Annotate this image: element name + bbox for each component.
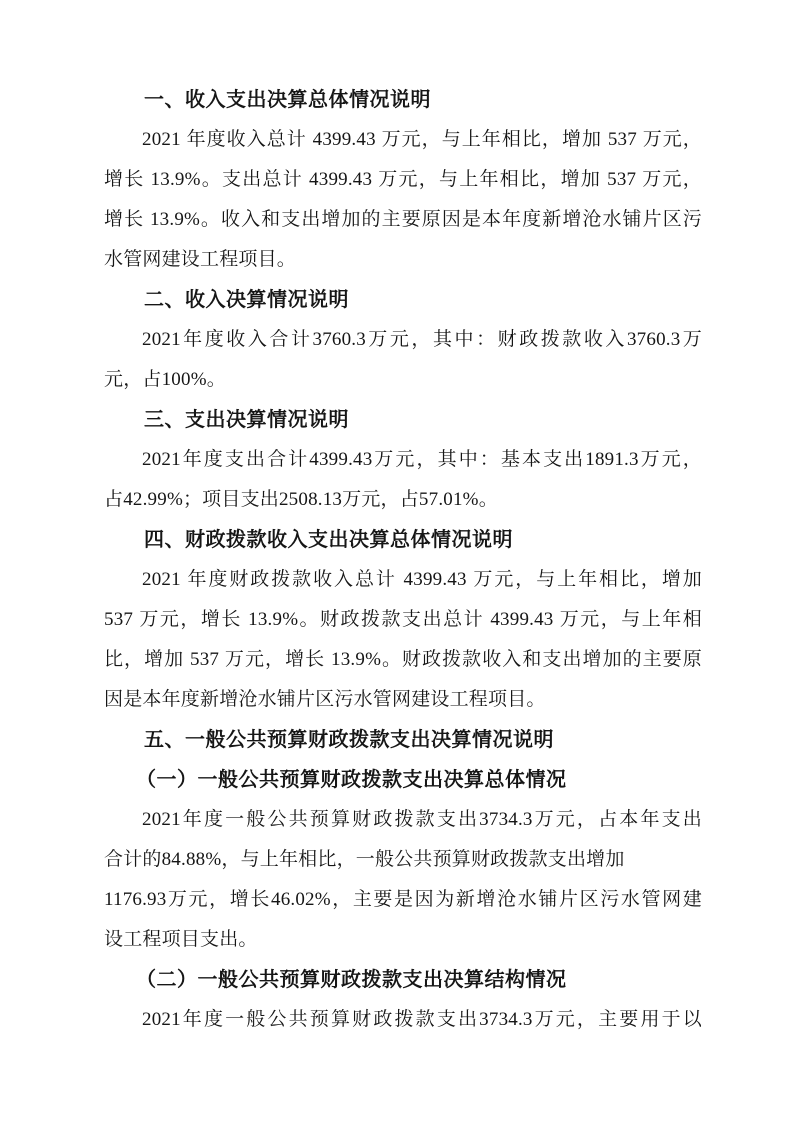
section-3-heading: 三、支出决算情况说明 <box>104 400 702 440</box>
section-5-heading: 五、一般公共预算财政拨款支出决算情况说明 <box>104 720 702 760</box>
section-1-heading: 一、收入支出决算总体情况说明 <box>104 80 702 120</box>
subsection-5-1-para-1-line-2: 合计的84.88%，与上年相比，一般公共预算财政拨款支出增加 <box>104 840 702 880</box>
section-1-para-1-line-2: 增长 13.9%。支出总计 4399.43 万元，与上年相比，增加 537 万元… <box>104 160 702 200</box>
document-page: 一、收入支出决算总体情况说明 2021 年度收入总计 4399.43 万元，与上… <box>0 0 793 1122</box>
section-3-para-1-line-1: 2021年度支出合计4399.43万元，其中：基本支出1891.3万元， <box>104 440 702 480</box>
subsection-5-2-para-1-line-1: 2021年度一般公共预算财政拨款支出3734.3万元，主要用于以 <box>104 1000 702 1040</box>
subsection-5-1-para-1-line-4: 设工程项目支出。 <box>104 920 702 960</box>
subsection-5-1-heading: （一）一般公共预算财政拨款支出决算总体情况 <box>104 760 702 800</box>
section-2-para-1-line-1: 2021年度收入合计3760.3万元，其中：财政拨款收入3760.3万 <box>104 320 702 360</box>
subsection-5-1-para-1-line-1: 2021年度一般公共预算财政拨款支出3734.3万元，占本年支出 <box>104 800 702 840</box>
section-3-para-1-line-2: 占42.99%；项目支出2508.13万元，占57.01%。 <box>104 480 702 520</box>
section-4-heading: 四、财政拨款收入支出决算总体情况说明 <box>104 520 702 560</box>
section-2-heading: 二、收入决算情况说明 <box>104 280 702 320</box>
section-4-para-1-line-4: 因是本年度新增沧水铺片区污水管网建设工程项目。 <box>104 680 702 720</box>
section-4-para-1-line-2: 537 万元，增长 13.9%。财政拨款支出总计 4399.43 万元，与上年相 <box>104 600 702 640</box>
section-4-para-1-line-1: 2021 年度财政拨款收入总计 4399.43 万元，与上年相比，增加 <box>104 560 702 600</box>
subsection-5-1-para-1-line-3: 1176.93万元，增长46.02%，主要是因为新增沧水铺片区污水管网建 <box>104 880 702 920</box>
section-1-para-1-line-1: 2021 年度收入总计 4399.43 万元，与上年相比，增加 537 万元， <box>104 120 702 160</box>
section-4-para-1-line-3: 比，增加 537 万元，增长 13.9%。财政拨款收入和支出增加的主要原 <box>104 640 702 680</box>
subsection-5-2-heading: （二）一般公共预算财政拨款支出决算结构情况 <box>104 960 702 1000</box>
document-body: 一、收入支出决算总体情况说明 2021 年度收入总计 4399.43 万元，与上… <box>104 80 702 1040</box>
section-1-para-1-line-4: 水管网建设工程项目。 <box>104 240 702 280</box>
section-1-para-1-line-3: 增长 13.9%。收入和支出增加的主要原因是本年度新增沧水铺片区污 <box>104 200 702 240</box>
section-2-para-1-line-2: 元，占100%。 <box>104 360 702 400</box>
